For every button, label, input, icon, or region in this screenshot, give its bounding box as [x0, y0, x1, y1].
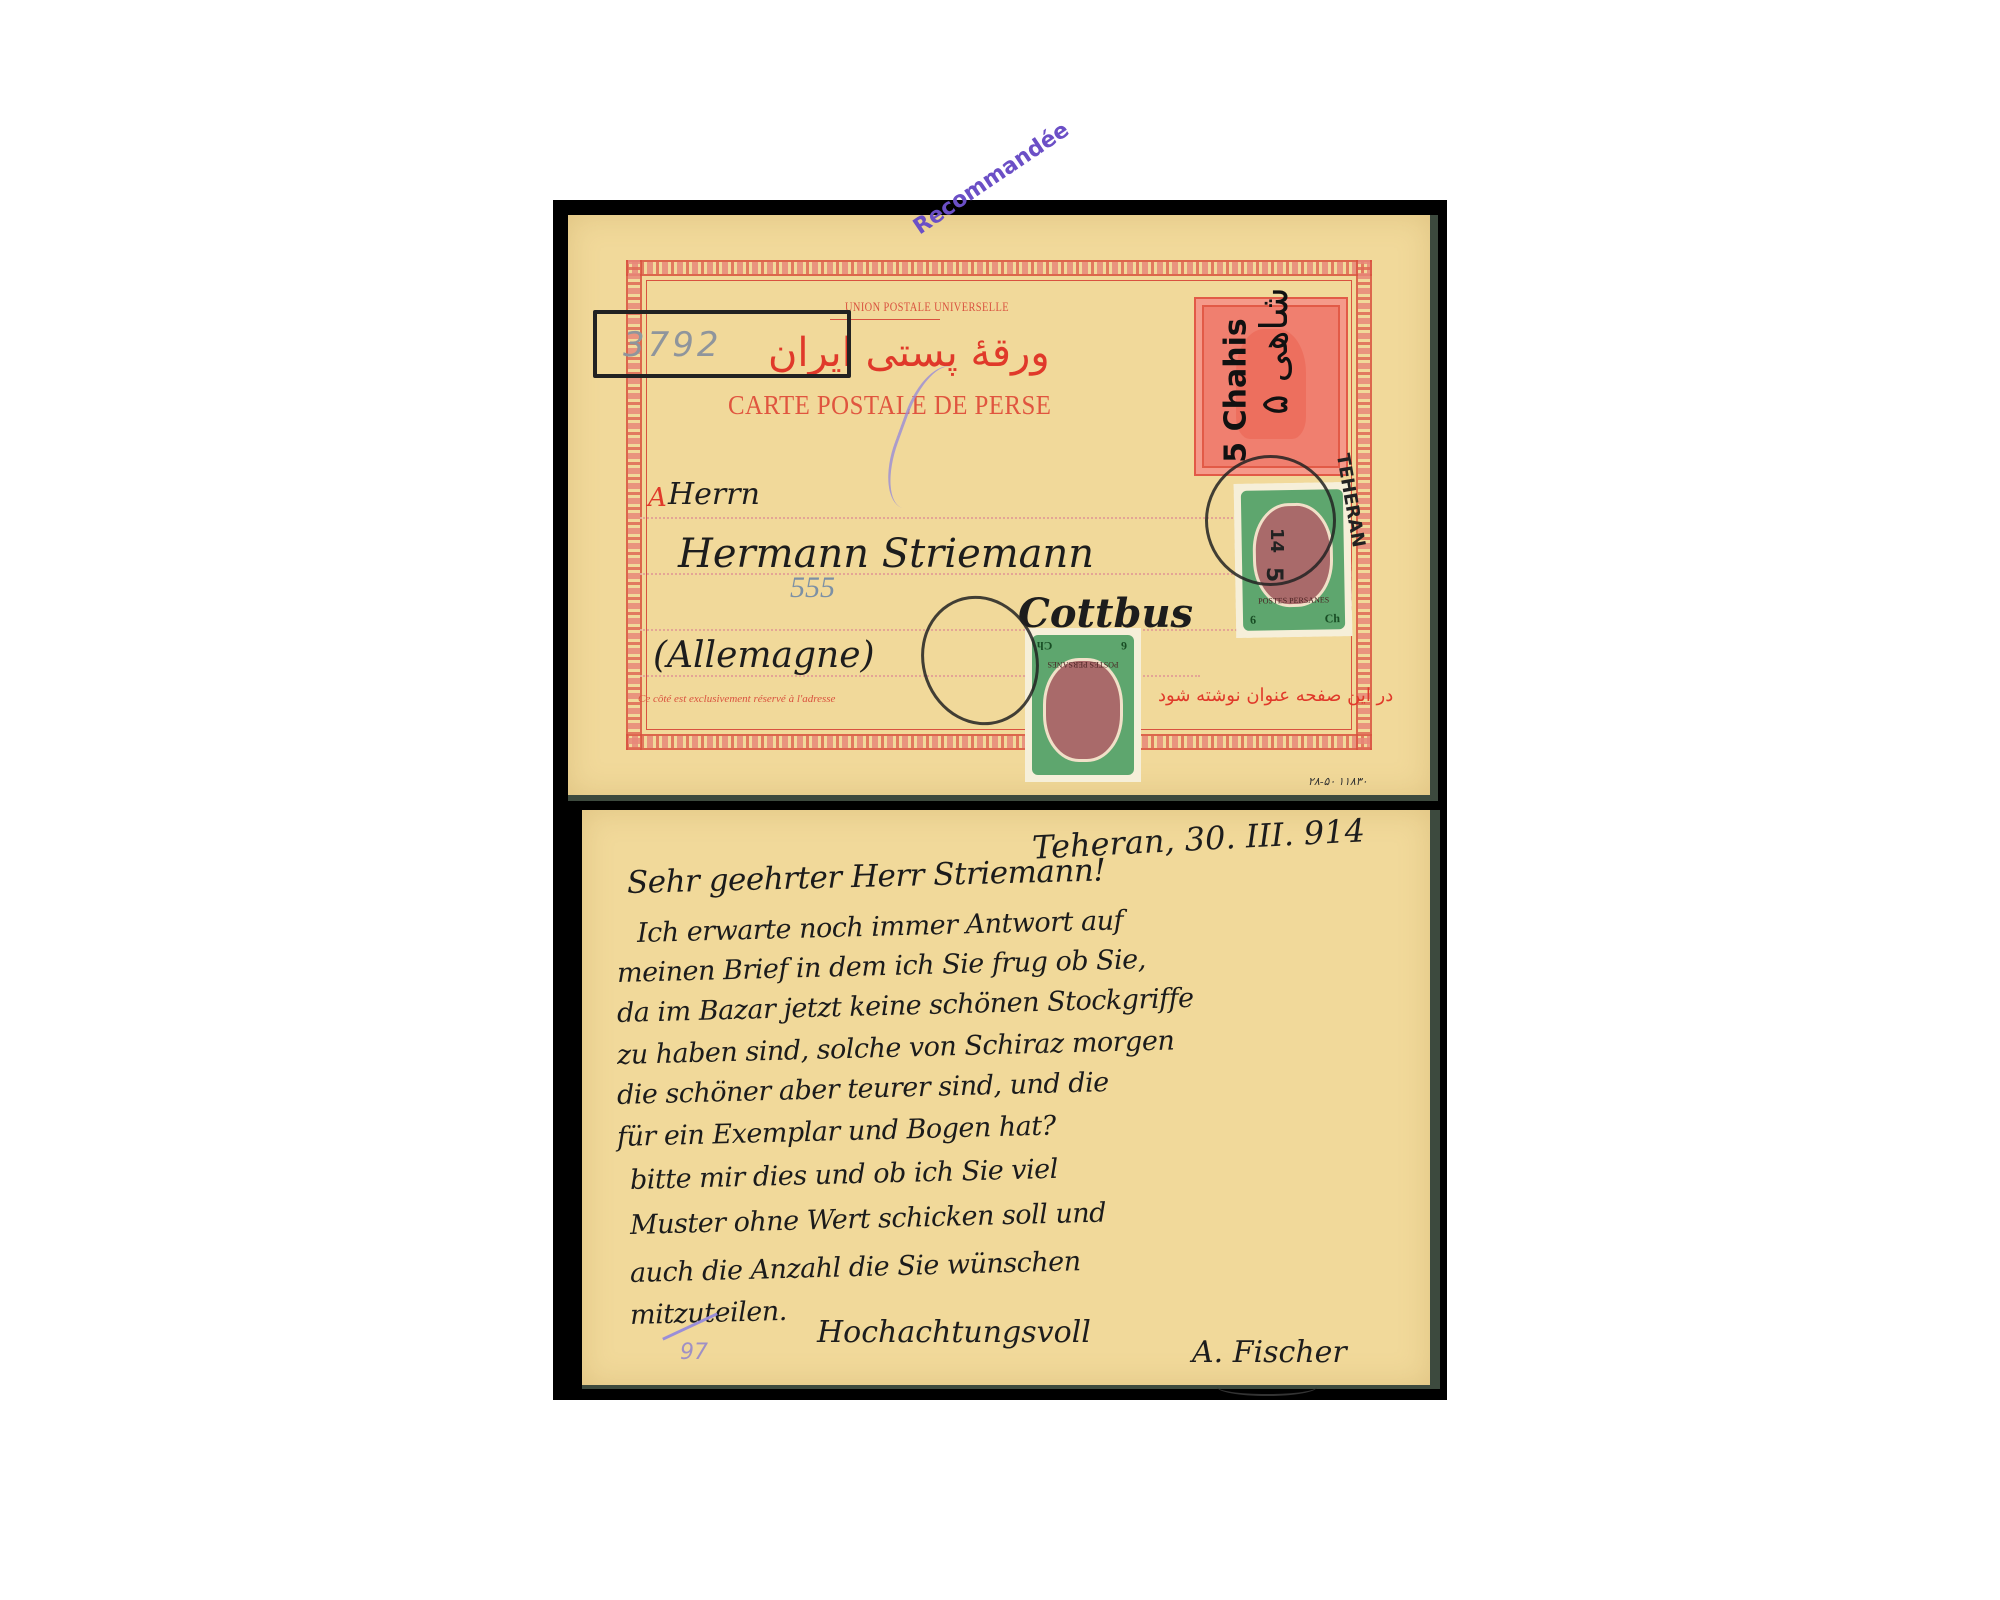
address-name: Hermann Striemann [678, 531, 1094, 577]
pencil-number: 97 [680, 1340, 708, 1365]
surcharge-persian: ۵ شاهی [1252, 287, 1296, 415]
letter-line: meinen Brief in dem ich Sie frug ob Sie, [617, 944, 1147, 989]
imprinted-stamp: 5 Chahis ۵ شاهی [1194, 297, 1348, 476]
stamp-portrait [1043, 658, 1123, 762]
address-prefix: A [648, 483, 667, 513]
registered-cachet: Recommandée [909, 118, 1074, 240]
letter-line: für ein Exemplar und Bogen hat? [617, 1111, 1056, 1153]
adhesive-stamp-2: POSTES PERSANES 6 Ch [1025, 628, 1141, 782]
postcard-back: Teheran, 30. III. 914 Sehr geehrter Herr… [582, 810, 1440, 1389]
letter-closing: Hochachtungsvoll [817, 1315, 1091, 1350]
french-title: CARTE POSTALE DE PERSE [728, 390, 1051, 421]
letter-line: auch die Anzahl die Sie wünschen [630, 1246, 1081, 1289]
postmark-month: 5 [1261, 567, 1286, 582]
letter-line: Sehr geehrter Herr Striemann! [627, 852, 1106, 901]
border-top [626, 260, 1372, 276]
letter-line: Muster ohne Wert schicken soll und [630, 1198, 1107, 1241]
postmark-day: 14 [1266, 528, 1287, 553]
address-salutation: Herrn [668, 477, 760, 512]
address-country: (Allemagne) [653, 635, 875, 676]
letter-line: die schöner aber teurer sind, und die [617, 1067, 1109, 1111]
letter-line: Ich erwarte noch immer Antwort auf [637, 905, 1124, 949]
letter-signature: A. Fischer [1192, 1335, 1347, 1370]
surcharge-text: 5 Chahis [1219, 318, 1254, 462]
footer-persian: در این صفحه عنوان نوشته شود [1158, 685, 1393, 706]
border-bottom [626, 734, 1372, 750]
blue-crayon-number: 555 [790, 571, 835, 605]
margin-note: ۲۸-۵۰ ۱۱۸۳۰ [1308, 775, 1368, 788]
footer-french: Ce côté est exclusivement réservé à l'ad… [638, 693, 835, 705]
signature-flourish [1217, 1378, 1317, 1396]
registration-number: 3792 [623, 325, 722, 365]
letter-line: bitte mir dies und ob ich Sie viel [630, 1154, 1059, 1196]
upu-header: UNION POSTALE UNIVERSELLE [845, 299, 1009, 315]
letter-line: zu haben sind, solche von Schiraz morgen [617, 1025, 1175, 1071]
letter-line: da im Bazar jetzt keine schönen Stockgri… [617, 983, 1194, 1029]
letter-line: mitzuteilen. [630, 1296, 788, 1331]
